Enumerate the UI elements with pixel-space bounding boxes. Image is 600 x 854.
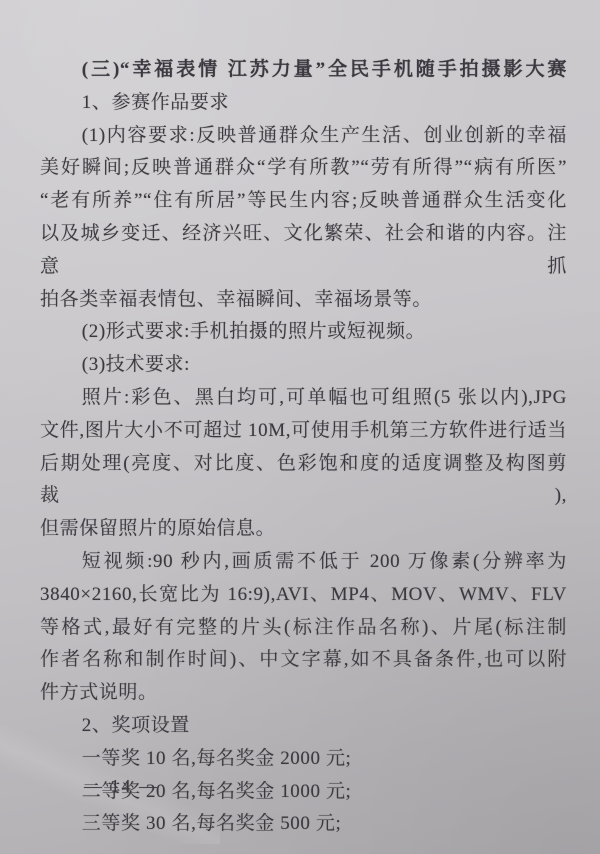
- text-line: 作者名称和制作时间)、中文字幕,如不具备条件,也可以附: [40, 644, 567, 677]
- text-line: “老有所养”“住有所居”等民生内容;反映普通群众生活变化: [40, 185, 567, 218]
- text-line: 3840×2160,长宽比为 16:9),AVI、MP4、MOV、WMV、FLV: [40, 579, 567, 612]
- text-line: 文件,图片大小不可超过 10M,可使用手机第三方软件进行适当: [40, 415, 567, 448]
- text-line: 1、参赛作品要求: [40, 87, 567, 120]
- text-line: (3)技术要求:: [40, 349, 567, 382]
- photographed-document-page: (三)“幸福表情 江苏力量”全民手机随手拍摄影大赛1、参赛作品要求(1)内容要求…: [0, 0, 600, 854]
- text-line: 美好瞬间;反映普通群众“学有所教”“劳有所得”“病有所医”: [40, 152, 567, 185]
- text-line: (2)形式要求:手机拍摄的照片或短视频。: [40, 316, 567, 349]
- text-line: 三等奖 30 名,每名奖金 500 元;: [40, 808, 567, 841]
- text-line: 等格式,最好有完整的片头(标注作品名称)、片尾(标注制: [40, 612, 567, 645]
- text-line: 照片:彩色、黑白均可,可单幅也可组照(5 张以内),JPG: [40, 382, 567, 415]
- document-title: (三)“幸福表情 江苏力量”全民手机随手拍摄影大赛: [40, 54, 567, 87]
- text-line: 一等奖 10 名,每名奖金 2000 元;: [40, 743, 567, 776]
- page-number: — 14 —: [84, 776, 159, 797]
- document-body: (三)“幸福表情 江苏力量”全民手机随手拍摄影大赛1、参赛作品要求(1)内容要求…: [40, 54, 567, 841]
- text-line: 后期处理(亮度、对比度、色彩饱和度的适度调整及构图剪裁),: [40, 448, 567, 514]
- text-line: (1)内容要求:反映普通群众生产生活、创业创新的幸福: [40, 120, 567, 153]
- text-line: 短视频:90 秒内,画质需不低于 200 万像素(分辨率为: [40, 546, 567, 579]
- text-line: 2、奖项设置: [40, 710, 567, 743]
- text-line: 拍各类幸福表情包、幸福瞬间、幸福场景等。: [40, 284, 567, 317]
- text-line: 件方式说明。: [40, 677, 567, 710]
- text-line: 以及城乡变迁、经济兴旺、文化繁荣、社会和谐的内容。注意抓: [40, 218, 567, 284]
- text-line: 但需保留照片的原始信息。: [40, 513, 567, 546]
